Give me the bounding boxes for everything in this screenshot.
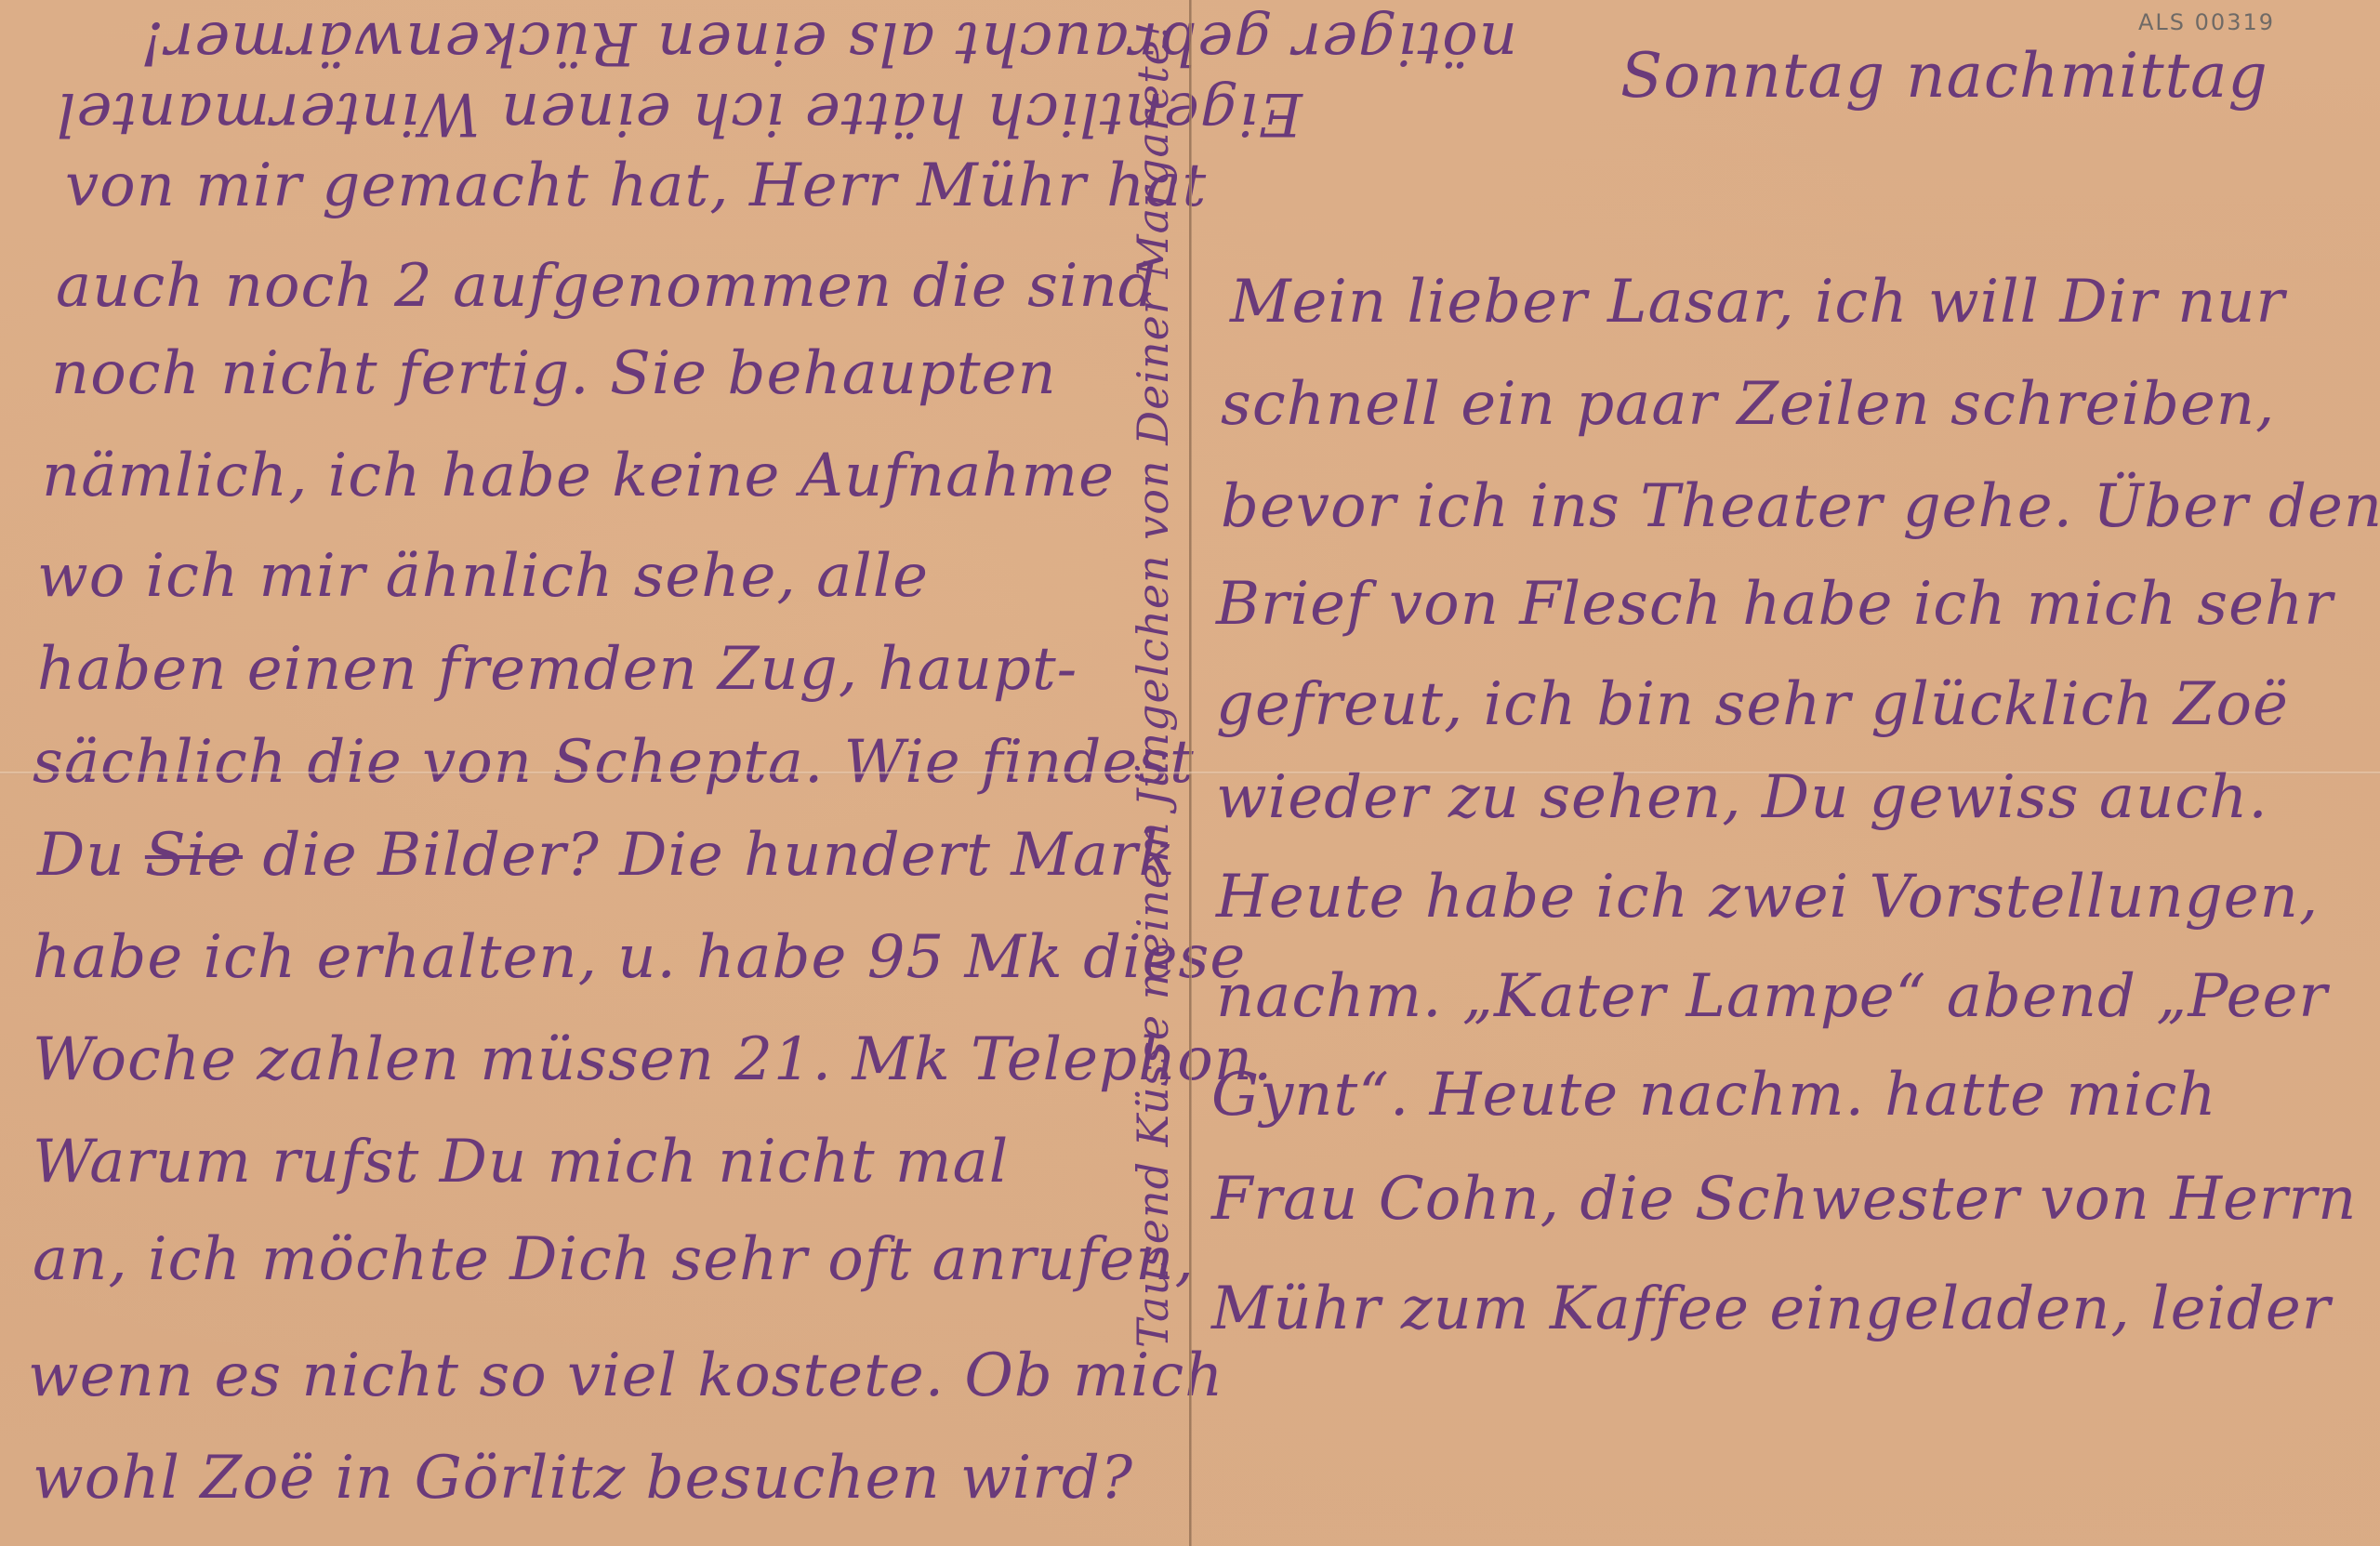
letter-line: Brief von Flesch habe ich mich sehr [1216,567,2334,641]
right-page: ALS 00319 Sonntag nachmittag Mein lieber… [1193,0,2380,1546]
letter-line: von mir gemacht hat, Herr Mühr hat [65,149,1207,223]
line-word: Du [37,821,126,890]
letter-line: wenn es nicht so viel kostete. Ob mich [28,1339,1223,1413]
letter-line: Gynt“. Heute nachm. hatte mich [1211,1058,2217,1132]
line-word: die Bilder? Die hundert Mark [262,821,1175,890]
letter-line: gefreut, ich bin sehr glücklich Zoë [1216,667,2289,742]
archive-id: ALS 00319 [2138,9,2275,35]
letter-line: noch nicht fertig. Sie behaupten [51,337,1057,411]
upside-down-line-2: Eigentlich hätte ich einen Wintermantel [56,76,1302,151]
letter-line: nachm. „Kater Lampe“ abend „Peer [1216,959,2328,1034]
letter-line: Mein lieber Lasar, ich will Dir nur [1230,265,2285,339]
letter-line: an, ich möchte Dich sehr oft anrufen, [33,1222,1195,1297]
letter-line: Frau Cohn, die Schwester von Herrn [1211,1162,2357,1236]
letter-line: schnell ein paar Zeilen schreiben, [1221,367,2275,442]
letter-line: wohl Zoë in Görlitz besuchen wird? [33,1441,1133,1515]
letter-scan: nötiger gebraucht als einen Rückenwärmer… [0,0,2380,1546]
letter-line: Woche zahlen müssen 21. Mk Telephon. [33,1023,1273,1097]
letter-line: wieder zu sehen, Du gewiss auch. [1216,760,2268,835]
letter-line: wo ich mir ähnlich sehe, alle [37,539,929,614]
letter-line: Warum rufst Du mich nicht mal [33,1125,1009,1199]
letter-line: nämlich, ich habe keine Aufnahme [42,439,1115,513]
struck-word: Sie [145,821,243,890]
letter-line: Mühr zum Kaffee eingeladen, leider [1211,1272,2331,1346]
letter-line: auch noch 2 aufgenommen die sind [56,249,1157,324]
letter-heading: Sonntag nachmittag [1620,39,2268,113]
letter-line: habe ich erhalten, u. habe 95 Mk diese [33,920,1246,995]
letter-line: Du Sie die Bilder? Die hundert Mark [37,818,1175,892]
letter-line: haben einen fremden Zug, haupt- [37,632,1078,707]
letter-line: Heute habe ich zwei Vorstellungen, [1216,860,2319,934]
letter-line: sächlich die von Schepta. Wie findest [33,725,1195,799]
letter-line: bevor ich ins Theater gehe. Über den [1221,469,2380,544]
